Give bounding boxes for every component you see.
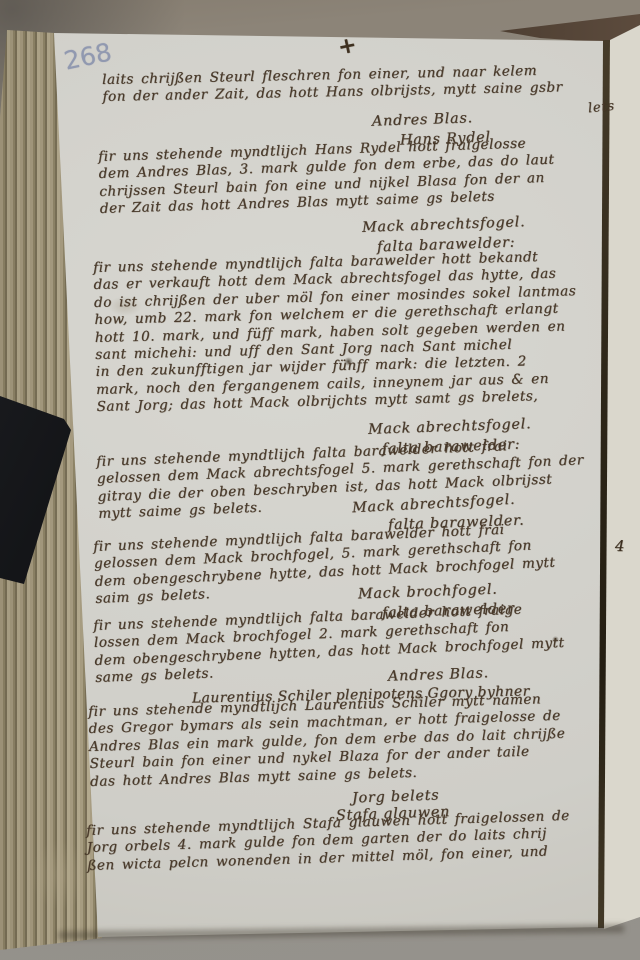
manuscript-paragraph: fir uns stehende myndtlijch Laurentius S…	[88, 691, 567, 791]
signature-line: Jorg belets	[352, 787, 440, 806]
manuscript-photo: 268 + 4 laits chrijßen Steurl fleschren …	[0, 0, 640, 960]
manuscript-paragraph: fir uns stehende myndtlijch falta barawe…	[93, 248, 579, 416]
manuscript-paragraph: fir uns stehende myndtlijch Hans Rydel h…	[98, 135, 556, 219]
facing-page-number: 4	[615, 537, 625, 555]
line-wrap-fragment: lets	[587, 99, 615, 117]
ink-cross-mark: +	[335, 31, 358, 60]
